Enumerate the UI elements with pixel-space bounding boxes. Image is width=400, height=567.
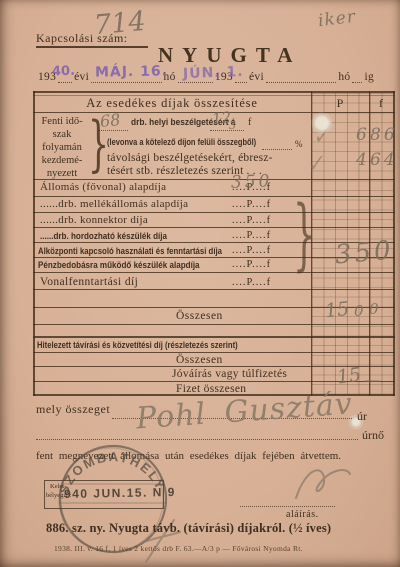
connection-underline: [36, 46, 148, 48]
handwritten-connection-number: 714: [93, 6, 147, 41]
date-stamp-month-1: MÁJ. 16.: [95, 63, 168, 80]
amount-local-filler: 86: [370, 125, 398, 145]
sir-label: úr: [357, 409, 367, 424]
table-summary-title: Az esedékes díjak összesítése: [33, 96, 311, 111]
date-stamp-month-2: JÚN. 1.: [183, 64, 244, 82]
fee-row-leader: ....P....f: [232, 199, 271, 210]
amount-line-fee: 350: [334, 236, 395, 271]
amount-station-fee: 350: [231, 171, 273, 192]
receipt-document: Kapcsolási szám: 714 iker NYUGTA 193 évi…: [0, 0, 400, 567]
amount-in-words-label: mely összeget: [36, 402, 110, 417]
amount-longdistance-pengo: 4: [356, 150, 367, 170]
date-evi-2: évi: [249, 71, 264, 83]
handwritten-corner-note: iker: [317, 7, 357, 31]
fee-row-label: Állomás (fővonal) alapdíja: [40, 181, 166, 193]
amount-pay-dash: —: [364, 370, 380, 389]
deduction-unit: %: [295, 139, 303, 149]
subtotal-label: Összesen: [176, 310, 223, 322]
fee-row-label: ......drb. konnektor díja: [40, 214, 148, 226]
fee-row-leader: ....P....f: [232, 215, 271, 226]
fee-row-label: ......drb. mellékállomás alapdíja: [40, 198, 188, 210]
madam-label: úrnő: [362, 428, 384, 443]
amount-local-pengo: 6: [356, 125, 367, 145]
punch-hole: [313, 114, 331, 132]
local-calls-unit: f: [248, 117, 251, 128]
column-header-pengo: P: [311, 96, 369, 111]
amount-subtotal-filler: 0: [369, 300, 379, 318]
date-stamp-year: 40.: [52, 64, 76, 80]
fee-row-leader: ....P....f: [232, 245, 271, 256]
fee-row-label: Vonalfenntartási díj: [40, 276, 138, 288]
amount-subtotal-filler: 0: [354, 302, 364, 320]
fees-brace: }: [293, 190, 315, 280]
fee-row-label: Pénzbedobásra működő készülék alapdíja: [38, 260, 228, 271]
period-label: Fenti idő- szak folyamán kezdemé- nyezet…: [34, 115, 90, 180]
handwritten-call-count: 68: [99, 110, 121, 131]
pay-total-label: Fizet összesen: [176, 383, 246, 395]
total-label: Összesen: [176, 354, 223, 366]
amount-longdistance-filler: 64: [370, 150, 398, 170]
fee-row-leader: ....P....f: [232, 259, 271, 270]
amount-pay-pengo: 15: [336, 363, 363, 388]
date-evi-1: évi: [74, 71, 89, 83]
date-ig: ig: [364, 71, 374, 83]
print-shop-line: 1938. III. v. 16 f. 1 íves 2 kettős drb …: [54, 544, 303, 553]
fee-row-label: Alközponti kapcsoló használati és fennta…: [38, 246, 262, 257]
svg-text:SZOMBATHELY: SZOMBATHELY: [56, 449, 169, 496]
form-number-line: 886. sz. ny. Nyugta távb. (távírási) díj…: [46, 521, 331, 536]
amount-subtotal-pengo: 15: [324, 298, 350, 322]
handwritten-scribble: [288, 456, 358, 504]
date-ho-2: hó: [338, 71, 350, 83]
deduction-label: (levonva a kötelező díjon felüli összegb…: [107, 137, 282, 147]
credit-label: Jóváírás vagy túlfizetés: [172, 368, 287, 380]
column-header-filler: f: [369, 96, 393, 111]
longdistance-line-1: távolsági beszélgetésekért, ébresz-: [107, 152, 273, 164]
fee-row-label: ......drb. hordozható készülék díja: [40, 231, 189, 242]
fee-row-leader: ....P....f: [232, 230, 271, 241]
fee-row-leader: ....P....f: [232, 277, 271, 288]
credited-row-label: Hitelezett távírási és közvetítési díj (…: [37, 340, 273, 350]
postmark-city: SZOMBATHELY: [56, 449, 169, 496]
signature-caption: aláírás.: [286, 509, 319, 520]
